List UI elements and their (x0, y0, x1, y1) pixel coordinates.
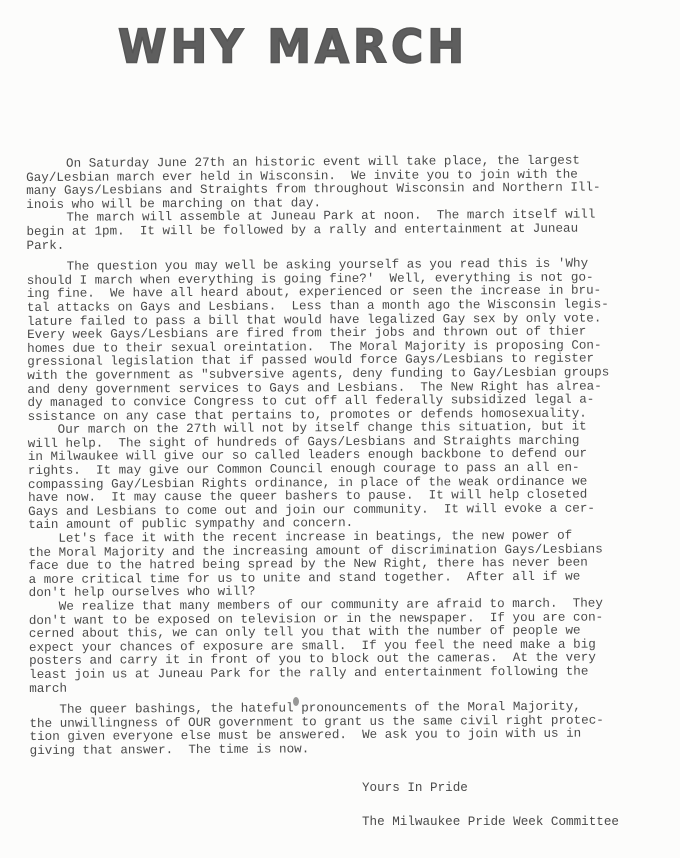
title-word-march: MARCH (267, 21, 468, 75)
paragraph-assembly: The march will assemble at Juneau Park a… (26, 208, 666, 253)
paragraph-question: The question you may well be asking your… (27, 257, 668, 424)
closing-salutation: Yours In Pride (362, 781, 468, 795)
ink-smudge (293, 697, 299, 706)
title-word-why: WHY (118, 21, 247, 75)
paragraph-face-it: Let's face it with the recent increase i… (28, 529, 668, 601)
text-line: giving that answer. The time is now. (30, 741, 670, 759)
signature: The Milwaukee Pride Week Committee (362, 815, 619, 829)
paragraph-our-march: Our march on the 27th will not by itself… (28, 420, 669, 533)
scanned-page: WHYMARCH On Saturday June 27th an histor… (0, 0, 680, 858)
paragraph-closing: The queer bashings, the hateful pronounc… (29, 700, 669, 758)
paragraph-intro: On Saturday June 27th an historic event … (26, 154, 666, 212)
page-title: WHYMARCH (118, 21, 468, 75)
letter-body: On Saturday June 27th an historic event … (26, 154, 670, 758)
paragraph-realize: We realize that many members of our comm… (29, 597, 670, 696)
